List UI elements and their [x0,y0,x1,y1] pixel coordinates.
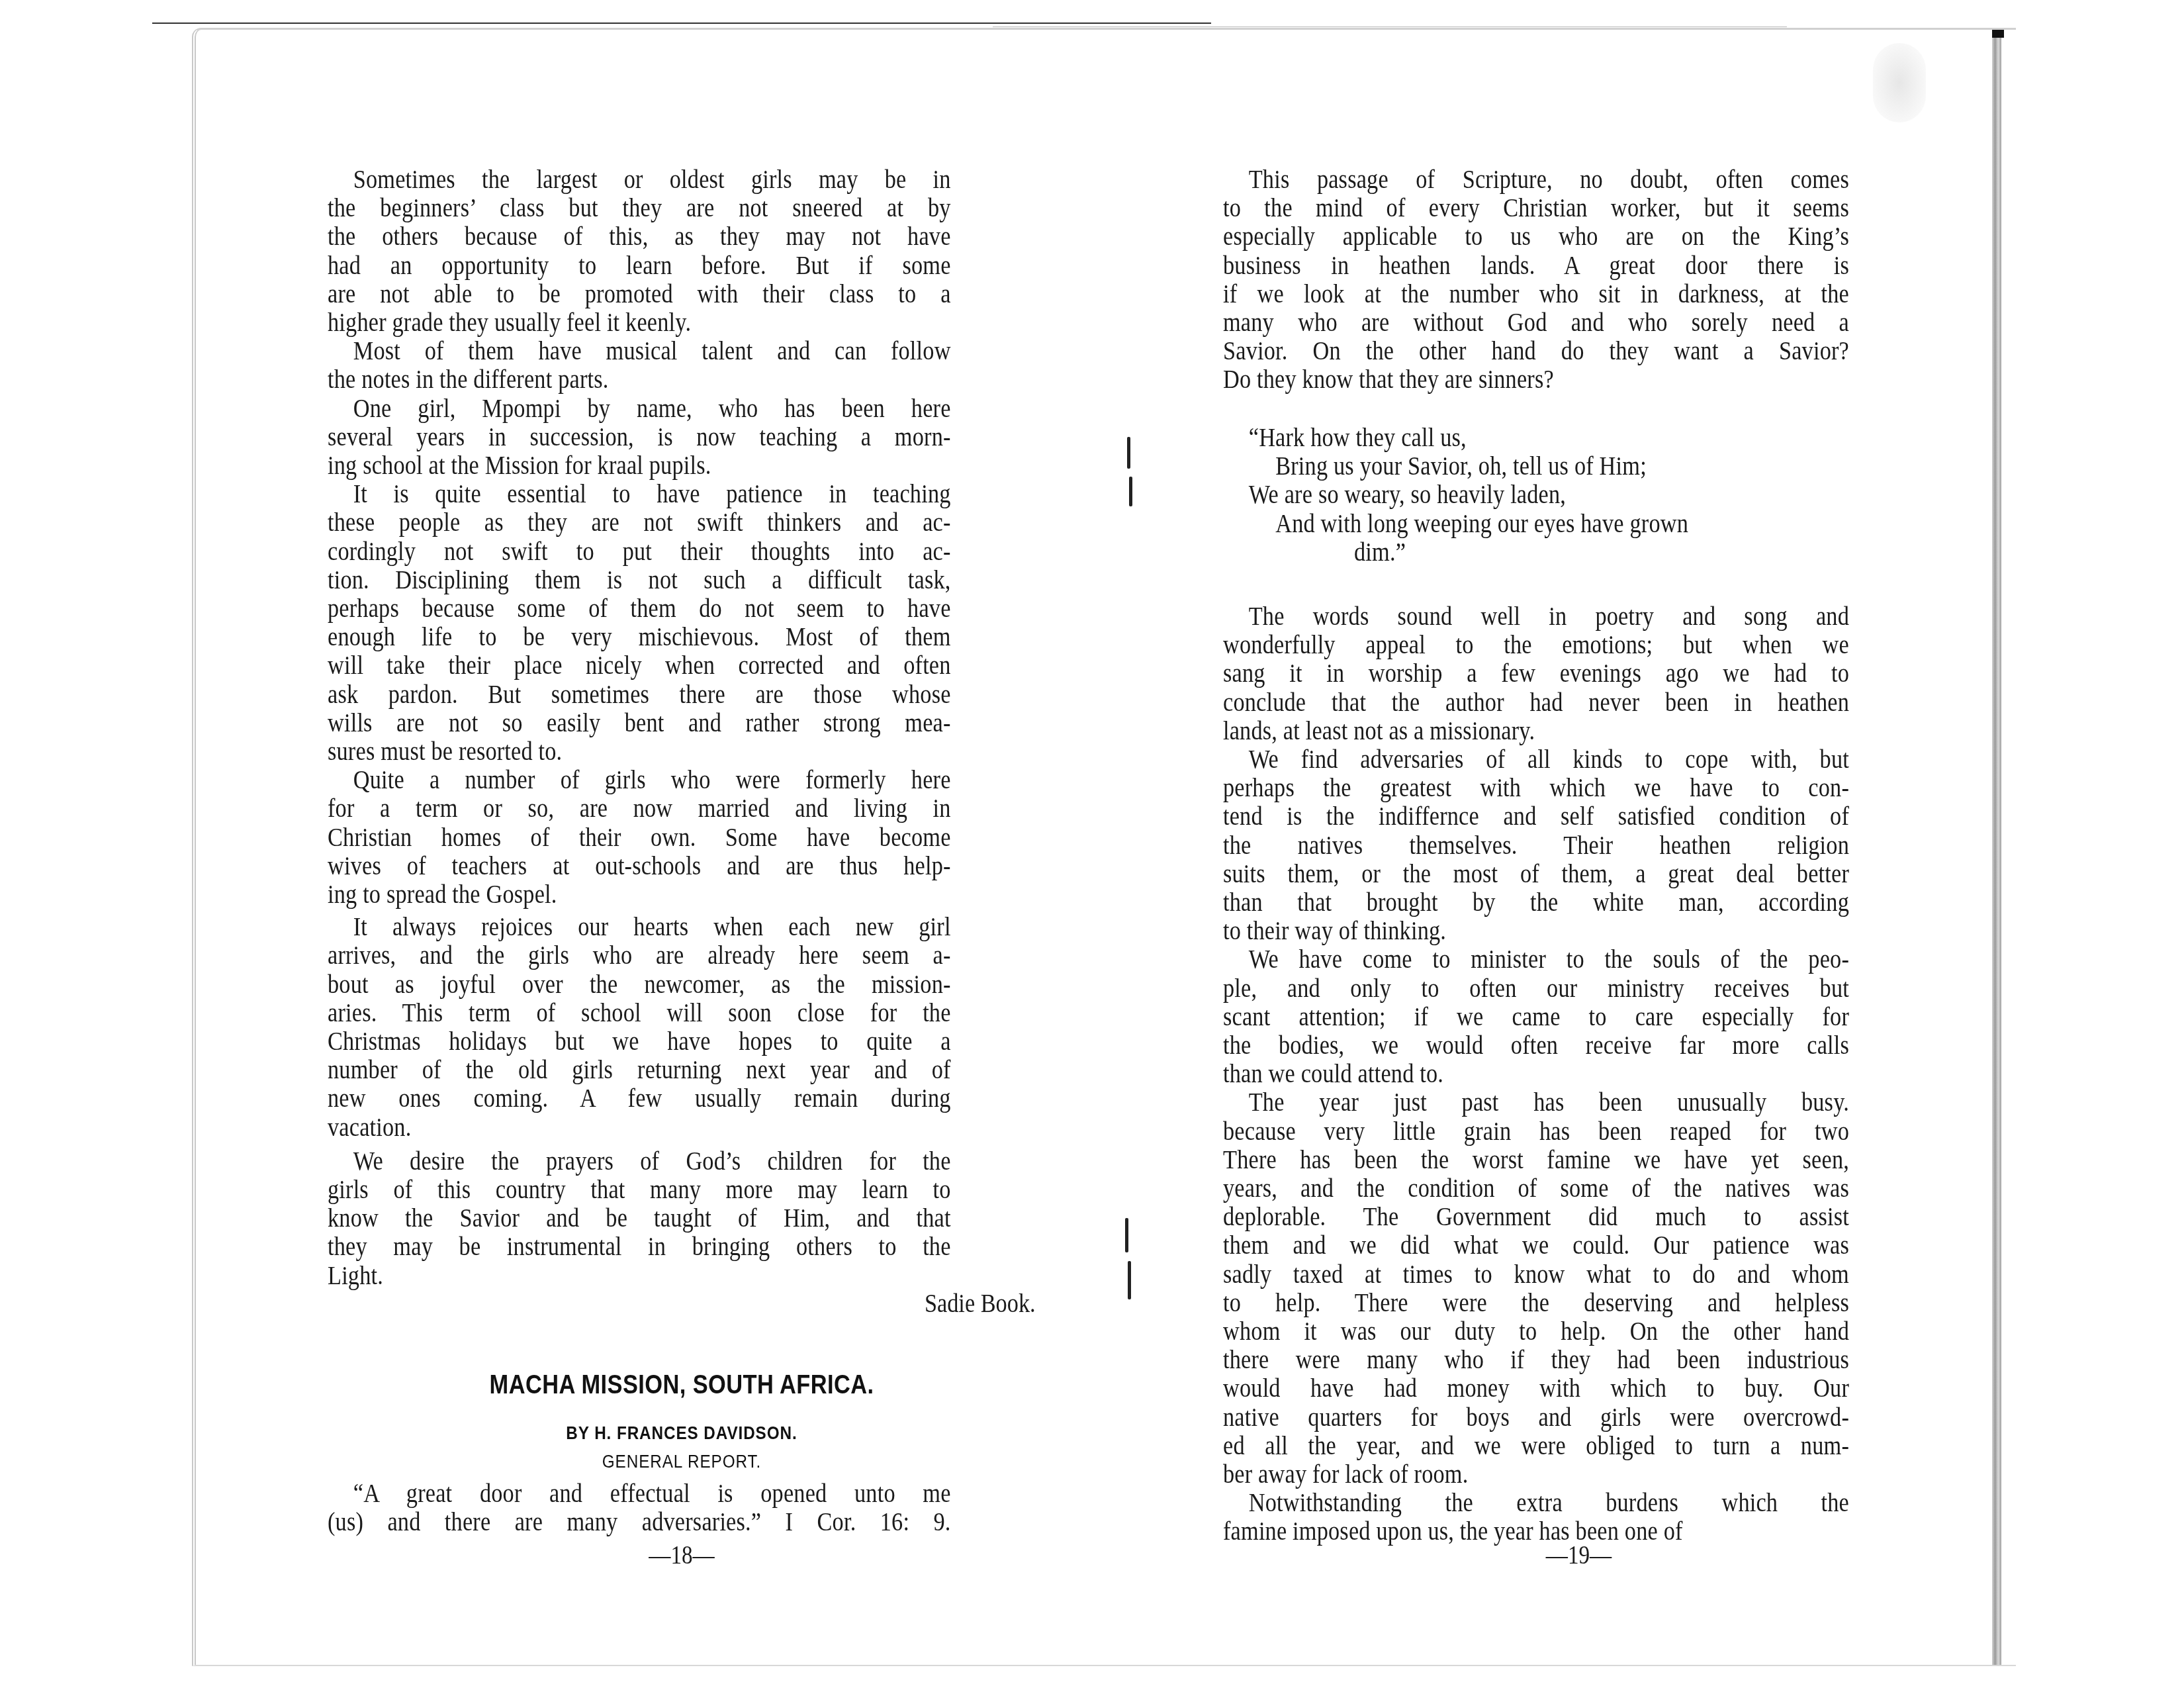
page-number: —18— [381,1540,983,1570]
text-line: whom it was our duty to help. On the oth… [1223,1317,1849,1346]
text-line: We have come to minister to the souls of… [1223,945,1849,974]
paragraph: Sometimes the largest or oldest girls ma… [328,165,951,337]
text-line: The words sound well in poetry and song … [1223,602,1849,631]
text-line: vacation. [328,1113,951,1142]
paragraph: This passage of Scripture, no doubt, oft… [1223,165,1849,395]
paragraph: One girl, Mpompi by name, who has been h… [328,395,951,481]
text-line: several years in succession, is now teac… [328,423,951,451]
paragraph: Most of them have musical talent and can… [328,337,951,394]
text-line: conclude that the author had never been … [1223,688,1849,717]
paragraph: The year just past has been unusually bu… [1223,1088,1849,1489]
text-line: It always rejoices our hearts when each … [328,913,951,941]
text-line: to their way of thinking. [1223,917,1849,945]
paragraph: Notwithstanding the extra burdens which … [1223,1489,1849,1546]
poem-line: And with long weeping our eyes have grow… [1223,510,1849,538]
text-line: suits them, or the most of them, a great… [1223,860,1849,888]
paragraph: It is quite essential to have patience i… [328,480,951,766]
text-line: for a term or so, are now married and li… [328,794,951,823]
text-line: perhaps the greatest with which we have … [1223,774,1849,802]
text-line: than we could attend to. [1223,1060,1849,1088]
text-line: bout as joyful over the newcomer, as the… [328,970,951,999]
paragraph: We desire the prayers of God’s children … [328,1147,951,1290]
text-line: than that brought by the white man, acco… [1223,888,1849,917]
text-line: especially applicable to us who are on t… [1223,222,1849,251]
text-line: they may be instrumental in bringing oth… [328,1233,951,1261]
text-line: Notwithstanding the extra burdens which … [1223,1489,1849,1517]
text-line: sadly taxed at times to know what to do … [1223,1260,1849,1289]
text-line: deplorable. The Government did much to a… [1223,1203,1849,1231]
text-line: cordingly not swift to put their thought… [328,538,951,566]
text-line: are not able to be promoted with their c… [328,280,951,308]
text-line: had an opportunity to learn before. But … [328,252,951,280]
text-line: wonderfully appeal to the emotions; but … [1223,631,1849,659]
text-line: years, and the condition of some of the … [1223,1174,1849,1203]
epigraph: “A great door and effectual is opened un… [328,1479,951,1536]
text-line: tend is the indiffernce and self satisfi… [1223,802,1849,831]
text-line: tion. Disciplining them is not such a di… [328,566,951,594]
text-line: them and we did what we could. Our patie… [1223,1231,1849,1260]
page-number: —19— [1277,1540,1882,1570]
poem-line: We are so weary, so heavily laden, [1223,481,1849,509]
text-line: new ones coming. A few usually remain du… [328,1084,951,1113]
text-line: One girl, Mpompi by name, who has been h… [328,395,951,423]
text-line: ple, and only to often our ministry rece… [1223,974,1849,1003]
text-line: Light. [328,1262,951,1290]
text-line: scant attention; if we came to care espe… [1223,1003,1849,1031]
gutter-mark [1125,1218,1128,1252]
paragraph: We have come to minister to the souls of… [1223,945,1849,1088]
paragraph: The words sound well in poetry and song … [1223,602,1849,745]
book-corner-mark [1992,30,2004,38]
text-line: wills are not so easily bent and rather … [328,709,951,737]
text-line: Christian homes of their own. Some have … [328,823,951,852]
text-line: if we look at the number who sit in dark… [1223,280,1849,308]
text-line: Do they know that they are sinners? [1223,365,1849,394]
scan-edge-line [152,23,1211,24]
epigraph-line: “A great door and effectual is opened un… [328,1479,951,1508]
gutter-mark [1127,437,1130,469]
text-line: Most of them have musical talent and can… [328,337,951,365]
paragraph: We find adversaries of all kinds to cope… [1223,745,1849,945]
text-line: ing school at the Mission for kraal pupi… [328,451,951,480]
text-line: We desire the prayers of God’s children … [328,1147,951,1176]
text-line: ask pardon. But sometimes there are thos… [328,680,951,709]
signature: Sadie Book. [925,1289,1036,1319]
article-byline: BY H. FRANCES DAVIDSON. [363,1423,1001,1444]
text-line: girls of this country that many more may… [328,1176,951,1204]
text-line: the natives themselves. Their heathen re… [1223,831,1849,860]
text-line: because very little grain has been reape… [1223,1117,1849,1146]
text-line: Quite a number of girls who were formerl… [328,766,951,794]
text-line: aries. This term of school will soon clo… [328,999,951,1027]
book-page-edges [1992,30,2001,1665]
text-line: many who are without God and who sorely … [1223,308,1849,337]
poem-line: “Hark how they call us, [1223,424,1849,452]
text-line: Savior. On the other hand do they want a… [1223,337,1849,365]
text-line: ed all the year, and we were obliged to … [1223,1432,1849,1460]
scan-edge-line [993,26,1787,27]
text-line: the others because of this, as they may … [328,222,951,251]
epigraph-line: (us) and there are many adversaries.” I … [328,1508,951,1536]
text-line: ing to spread the Gospel. [328,880,951,909]
text-line: sang it in worship a few evenings ago we… [1223,659,1849,688]
text-line: native quarters for boys and girls were … [1223,1403,1849,1432]
text-line: ber away for lack of room. [1223,1460,1849,1489]
text-line: sures must be resorted to. [328,737,951,766]
text-line: business in heathen lands. A great door … [1223,252,1849,280]
text-line: number of the old girls returning next y… [328,1056,951,1084]
text-line: the beginners’ class but they are not sn… [328,194,951,222]
fingerprint-smudge [1873,43,1926,122]
text-line: the bodies, we would often receive far m… [1223,1031,1849,1060]
text-line: lands, at least not as a missionary. [1223,717,1849,745]
text-line: Christmas holidays but we have hopes to … [328,1027,951,1056]
text-line: perhaps because some of them do not seem… [328,594,951,623]
text-line: arrives, and the girls who are already h… [328,941,951,970]
text-line: enough life to be very mischievous. Most… [328,623,951,651]
text-line: know the Savior and be taught of Him, an… [328,1204,951,1233]
poem-line: dim.” [1223,538,1849,567]
text-line: wives of teachers at out-schools and are… [328,852,951,880]
article-subtitle: GENERAL REPORT. [363,1452,1001,1472]
text-line: Sometimes the largest or oldest girls ma… [328,165,951,194]
text-line: higher grade they usually feel it keenly… [328,308,951,337]
poem-quote: “Hark how they call us, Bring us your Sa… [1223,424,1849,567]
paragraph: Quite a number of girls who were formerl… [328,766,951,909]
text-line: It is quite essential to have patience i… [328,480,951,508]
text-line: the notes in the different parts. [328,365,951,394]
text-line: there were many who if they had been ind… [1223,1346,1849,1374]
text-line: would have had money with which to buy. … [1223,1374,1849,1403]
text-line: We find adversaries of all kinds to cope… [1223,745,1849,774]
text-line: these people as they are not swift think… [328,508,951,537]
gutter-mark [1128,1261,1131,1299]
article-title: MACHA MISSION, SOUTH AFRICA. [377,1370,986,1400]
gutter-mark [1129,477,1132,506]
text-line: to help. There were the deserving and he… [1223,1289,1849,1317]
text-line: to the mind of every Christian worker, b… [1223,194,1849,222]
text-line: The year just past has been unusually bu… [1223,1088,1849,1117]
text-line: There has been the worst famine we have … [1223,1146,1849,1174]
paragraph: It always rejoices our hearts when each … [328,913,951,1142]
poem-line: Bring us your Savior, oh, tell us of Him… [1223,452,1849,481]
text-line: will take their place nicely when correc… [328,651,951,680]
text-line: This passage of Scripture, no doubt, oft… [1223,165,1849,194]
